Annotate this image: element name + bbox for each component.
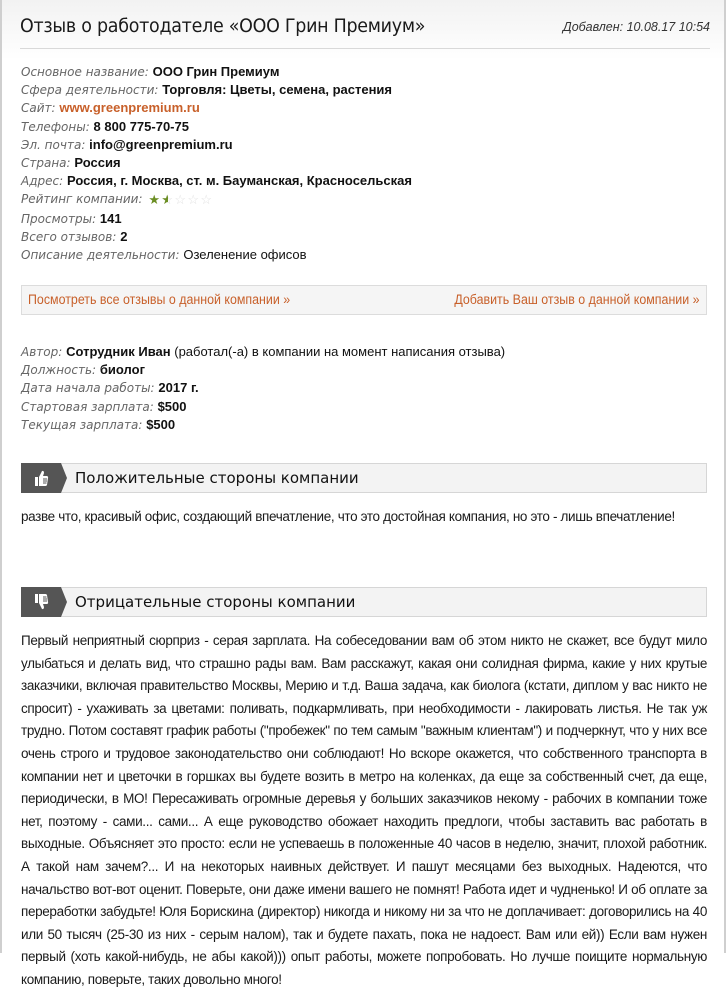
sphere-row: Сфера деятельности: Торговля: Цветы, сем… xyxy=(21,81,412,99)
page-title: Отзыв о работодателе «ООО Грин Премиум» xyxy=(20,15,425,37)
start-date-label: Дата начала работы xyxy=(21,381,151,395)
negative-section-header: Отрицательные стороны компании xyxy=(21,587,707,617)
negative-text: Первый неприятный сюрприз - серая зарпла… xyxy=(21,630,707,953)
reviews-row: Всего отзывов: 2 xyxy=(21,228,412,246)
page-header: Отзыв о работодателе «ООО Грин Премиум» … xyxy=(20,12,710,49)
views-value: 141 xyxy=(100,211,122,226)
views-label: Просмотры xyxy=(21,212,92,226)
positive-section-title: Положительные стороны компании xyxy=(75,469,359,487)
phones-label: Телефоны xyxy=(21,120,86,134)
positive-section-header: Положительные стороны компании xyxy=(21,463,707,493)
email-value: info@greenpremium.ru xyxy=(89,137,232,152)
start-date-row: Дата начала работы: 2017 г. xyxy=(21,379,505,397)
star-icon: ☆ xyxy=(200,193,213,206)
current-salary-label: Текущая зарплата xyxy=(21,418,138,432)
star-icon: ☆ xyxy=(161,193,174,206)
phones-value: 8 800 775-70-75 xyxy=(94,119,189,134)
site-row: Сайт: www.greenpremium.ru xyxy=(21,99,412,117)
company-name-label: Основное название xyxy=(21,65,145,79)
phones-row: Телефоны: 8 800 775-70-75 xyxy=(21,118,412,136)
added-timestamp: Добавлен: 10.08.17 10:54 xyxy=(563,20,710,34)
positive-badge xyxy=(21,463,61,493)
address-row: Адрес: Россия, г. Москва, ст. м. Бауманс… xyxy=(21,172,412,190)
star-icon: ☆ xyxy=(174,193,187,206)
email-label: Эл. почта xyxy=(21,138,81,152)
author-name: Сотрудник Иван xyxy=(66,344,171,359)
description-value: Озеленение офисов xyxy=(183,247,306,262)
star-icon: ★ xyxy=(148,193,161,206)
description-row: Описание деятельности: Озеленение офисов xyxy=(21,246,412,264)
start-salary-label: Стартовая зарплата xyxy=(21,400,150,414)
author-label: Автор xyxy=(21,345,58,359)
author-info: Автор: Сотрудник Иван (работал(-а) в ком… xyxy=(21,343,505,434)
reviews-label: Всего отзывов xyxy=(21,230,112,244)
added-value: 10.08.17 10:54 xyxy=(627,20,710,34)
reviews-value: 2 xyxy=(120,229,127,244)
added-label: Добавлен xyxy=(563,20,620,34)
thumbs-up-icon xyxy=(32,469,50,487)
author-row: Автор: Сотрудник Иван (работал(-а) в ком… xyxy=(21,343,505,361)
start-salary-row: Стартовая зарплата: $500 xyxy=(21,398,505,416)
site-link[interactable]: www.greenpremium.ru xyxy=(59,100,199,115)
rating-stars: ★☆☆☆☆ xyxy=(148,191,213,209)
review-page: Отзыв о работодателе «ООО Грин Премиум» … xyxy=(0,0,726,953)
current-salary-row: Текущая зарплата: $500 xyxy=(21,416,505,434)
rating-label: Рейтинг компании xyxy=(21,192,138,206)
add-review-link[interactable]: Добавить Ваш отзыв о данной компании » xyxy=(455,292,700,307)
start-date-value: 2017 г. xyxy=(158,380,198,395)
email-row: Эл. почта: info@greenpremium.ru xyxy=(21,136,412,154)
address-value: Россия, г. Москва, ст. м. Бауманская, Кр… xyxy=(67,173,412,188)
negative-badge xyxy=(21,587,61,617)
address-label: Адрес xyxy=(21,174,59,188)
position-label: Должность xyxy=(21,363,92,377)
view-all-reviews-link[interactable]: Посмотреть все отзывы о данной компании … xyxy=(28,292,290,307)
company-name-row: Основное название: ООО Грин Премиум xyxy=(21,63,412,81)
position-row: Должность: биолог xyxy=(21,361,505,379)
thumbs-down-icon xyxy=(32,593,50,611)
country-value: Россия xyxy=(74,155,120,170)
start-salary-value: $500 xyxy=(158,399,187,414)
negative-section-title: Отрицательные стороны компании xyxy=(75,593,355,611)
sphere-label: Сфера деятельности xyxy=(21,83,154,97)
company-info: Основное название: ООО Грин Премиум Сфер… xyxy=(21,63,412,264)
rating-row: Рейтинг компании: ★☆☆☆☆ xyxy=(21,190,412,209)
star-icon: ☆ xyxy=(187,193,200,206)
position-value: биолог xyxy=(100,362,145,377)
positive-text: разве что, красивый офис, создающий впеч… xyxy=(21,506,707,529)
description-label: Описание деятельности xyxy=(21,248,175,262)
country-label: Страна xyxy=(21,156,67,170)
author-note: (работал(-а) в компании на момент написа… xyxy=(174,344,505,359)
review-links-bar: Посмотреть все отзывы о данной компании … xyxy=(21,285,707,315)
site-label: Сайт xyxy=(21,101,52,115)
current-salary-value: $500 xyxy=(146,417,175,432)
country-row: Страна: Россия xyxy=(21,154,412,172)
sphere-value: Торговля: Цветы, семена, растения xyxy=(162,82,392,97)
views-row: Просмотры: 141 xyxy=(21,210,412,228)
company-name: ООО Грин Премиум xyxy=(153,64,280,79)
